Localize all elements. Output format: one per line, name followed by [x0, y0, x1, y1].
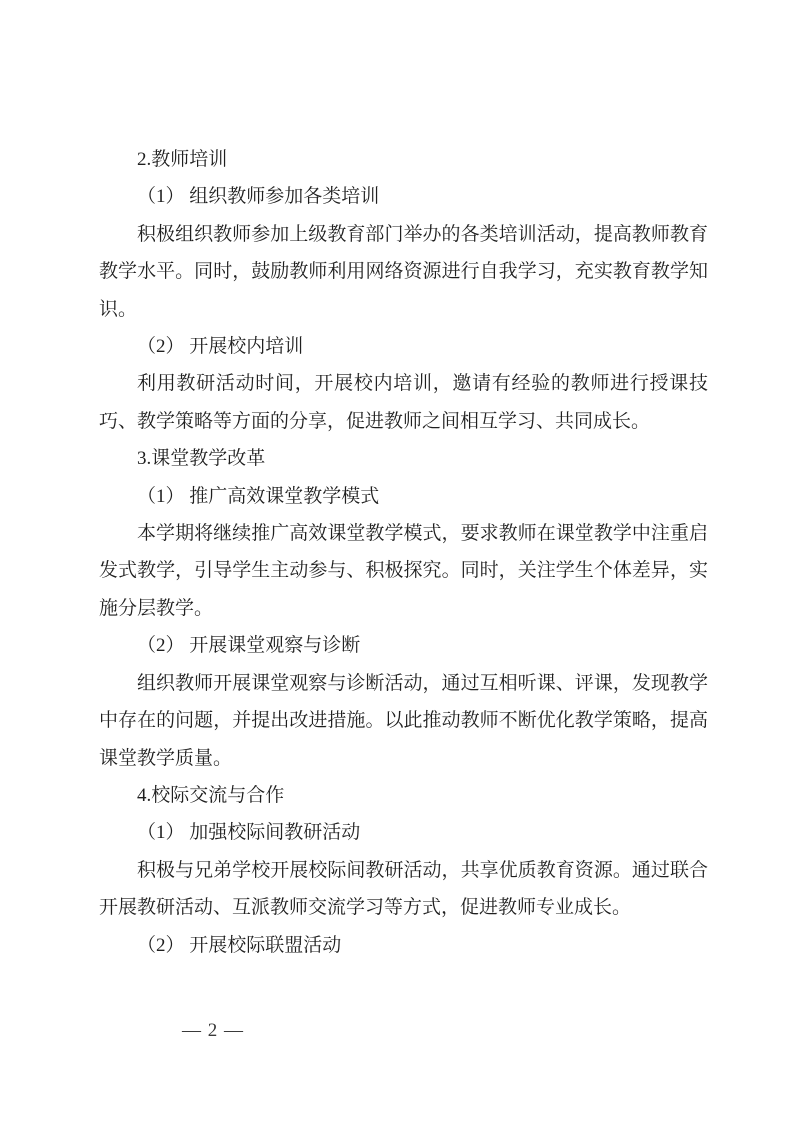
subheading-school-alliance: （2） 开展校际联盟活动	[99, 927, 708, 964]
subheading-efficient-classroom: （1） 推广高效课堂教学模式	[99, 478, 708, 515]
document-content: 2.教师培训 （1） 组织教师参加各类培训 积极组织教师参加上级教育部门举办的各…	[99, 141, 708, 964]
paragraph-observation-body: 组织教师开展课堂观察与诊断活动，通过互相听课、评课，发现教学中存在的问题，并提出…	[99, 665, 708, 777]
subheading-observation-diagnosis: （2） 开展课堂观察与诊断	[99, 627, 708, 664]
paragraph-organize-training-body: 积极组织教师参加上级教育部门举办的各类培训活动，提高教师教育教学水平。同时，鼓励…	[99, 216, 708, 328]
section-heading-school-exchange: 4.校际交流与合作	[99, 777, 708, 814]
subheading-interschool-research: （1） 加强校际间教研活动	[99, 814, 708, 851]
section-heading-teacher-training: 2.教师培训	[99, 141, 708, 178]
subheading-organize-training: （1） 组织教师参加各类培训	[99, 178, 708, 215]
document-page: 2.教师培训 （1） 组织教师参加各类培训 积极组织教师参加上级教育部门举办的各…	[0, 0, 794, 1122]
subheading-school-training: （2） 开展校内培训	[99, 328, 708, 365]
paragraph-school-training-body: 利用教研活动时间，开展校内培训，邀请有经验的教师进行授课技巧、教学策略等方面的分…	[99, 365, 708, 440]
section-heading-classroom-reform: 3.课堂教学改革	[99, 440, 708, 477]
paragraph-interschool-body: 积极与兄弟学校开展校际间教研活动，共享优质教育资源。通过联合开展教研活动、互派教…	[99, 852, 708, 927]
paragraph-efficient-classroom-body: 本学期将继续推广高效课堂教学模式，要求教师在课堂教学中注重启发式教学，引导学生主…	[99, 515, 708, 627]
footer-page-number: — 2 —	[182, 1017, 244, 1045]
